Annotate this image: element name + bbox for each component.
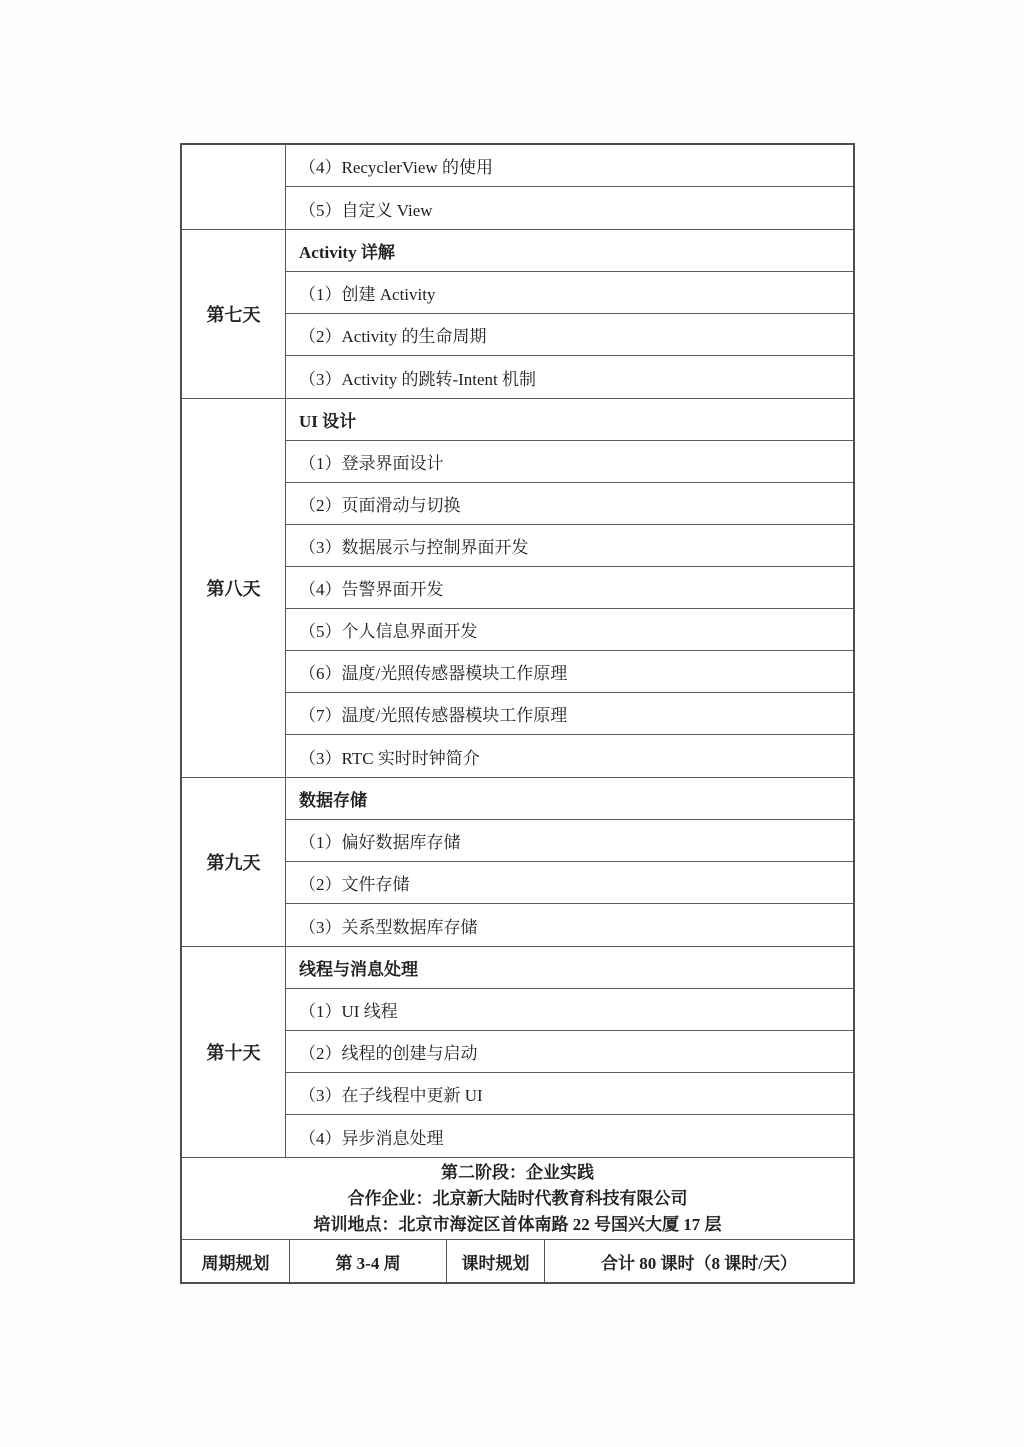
course-schedule-table: （4）RecyclerView 的使用 （5）自定义 View 第七天 Acti…	[180, 143, 855, 1284]
course-rows: （4）RecyclerView 的使用 （5）自定义 View	[286, 145, 853, 229]
course-row: （1）偏好数据库存储	[286, 820, 853, 862]
phase-location: 培训地点：北京市海淀区首体南路 22 号国兴大厦 17 层	[314, 1212, 722, 1238]
course-row: （3）RTC 实时时钟简介	[286, 735, 853, 777]
day-label-8: 第八天	[182, 399, 286, 777]
course-row: （4）告警界面开发	[286, 567, 853, 609]
course-row: （5）自定义 View	[286, 187, 853, 229]
period-value-cell: 第 3-4 周	[290, 1240, 447, 1282]
day-section-9: 第九天 数据存储 （1）偏好数据库存储 （2）文件存储 （3）关系型数据库存储	[182, 778, 853, 947]
course-row: （4）异步消息处理	[286, 1115, 853, 1157]
course-row: （3）在子线程中更新 UI	[286, 1073, 853, 1115]
course-rows: 线程与消息处理 （1）UI 线程 （2）线程的创建与启动 （3）在子线程中更新 …	[286, 947, 853, 1157]
period-label-cell: 周期规划	[182, 1240, 290, 1282]
course-row: （1）登录界面设计	[286, 441, 853, 483]
course-rows: 数据存储 （1）偏好数据库存储 （2）文件存储 （3）关系型数据库存储	[286, 778, 853, 946]
course-row: （3）Activity 的跳转-Intent 机制	[286, 356, 853, 398]
course-row: （4）RecyclerView 的使用	[286, 145, 853, 187]
day-label-empty	[182, 145, 286, 229]
course-row: （2）页面滑动与切换	[286, 483, 853, 525]
course-rows: UI 设计 （1）登录界面设计 （2）页面滑动与切换 （3）数据展示与控制界面开…	[286, 399, 853, 777]
day-section-10: 第十天 线程与消息处理 （1）UI 线程 （2）线程的创建与启动 （3）在子线程…	[182, 947, 853, 1158]
course-row: （6）温度/光照传感器模块工作原理	[286, 651, 853, 693]
phase-partner: 合作企业：北京新大陆时代教育科技有限公司	[348, 1186, 688, 1212]
course-row: （7）温度/光照传感器模块工作原理	[286, 693, 853, 735]
course-topic-header: 数据存储	[286, 778, 853, 820]
day-section-8: 第八天 UI 设计 （1）登录界面设计 （2）页面滑动与切换 （3）数据展示与控…	[182, 399, 853, 778]
course-row: （2）文件存储	[286, 862, 853, 904]
day-section-continued: （4）RecyclerView 的使用 （5）自定义 View	[182, 145, 853, 230]
course-row: （1）UI 线程	[286, 989, 853, 1031]
phase-title: 第二阶段：企业实践	[441, 1160, 594, 1186]
course-row: （1）创建 Activity	[286, 272, 853, 314]
day-section-7: 第七天 Activity 详解 （1）创建 Activity （2）Activi…	[182, 230, 853, 399]
phase-2-banner: 第二阶段：企业实践 合作企业：北京新大陆时代教育科技有限公司 培训地点：北京市海…	[182, 1158, 853, 1240]
hours-value-cell: 合计 80 课时（8 课时/天）	[545, 1240, 853, 1282]
course-topic-header: Activity 详解	[286, 230, 853, 272]
course-row: （2）Activity 的生命周期	[286, 314, 853, 356]
course-row: （2）线程的创建与启动	[286, 1031, 853, 1073]
course-rows: Activity 详解 （1）创建 Activity （2）Activity 的…	[286, 230, 853, 398]
hours-label-cell: 课时规划	[447, 1240, 545, 1282]
day-label-7: 第七天	[182, 230, 286, 398]
course-row: （3）关系型数据库存储	[286, 904, 853, 946]
document-page: （4）RecyclerView 的使用 （5）自定义 View 第七天 Acti…	[0, 0, 1024, 1447]
course-topic-header: 线程与消息处理	[286, 947, 853, 989]
schedule-footer-row: 周期规划 第 3-4 周 课时规划 合计 80 课时（8 课时/天）	[182, 1240, 853, 1282]
day-label-10: 第十天	[182, 947, 286, 1157]
day-label-9: 第九天	[182, 778, 286, 946]
course-row: （3）数据展示与控制界面开发	[286, 525, 853, 567]
course-topic-header: UI 设计	[286, 399, 853, 441]
course-row: （5）个人信息界面开发	[286, 609, 853, 651]
